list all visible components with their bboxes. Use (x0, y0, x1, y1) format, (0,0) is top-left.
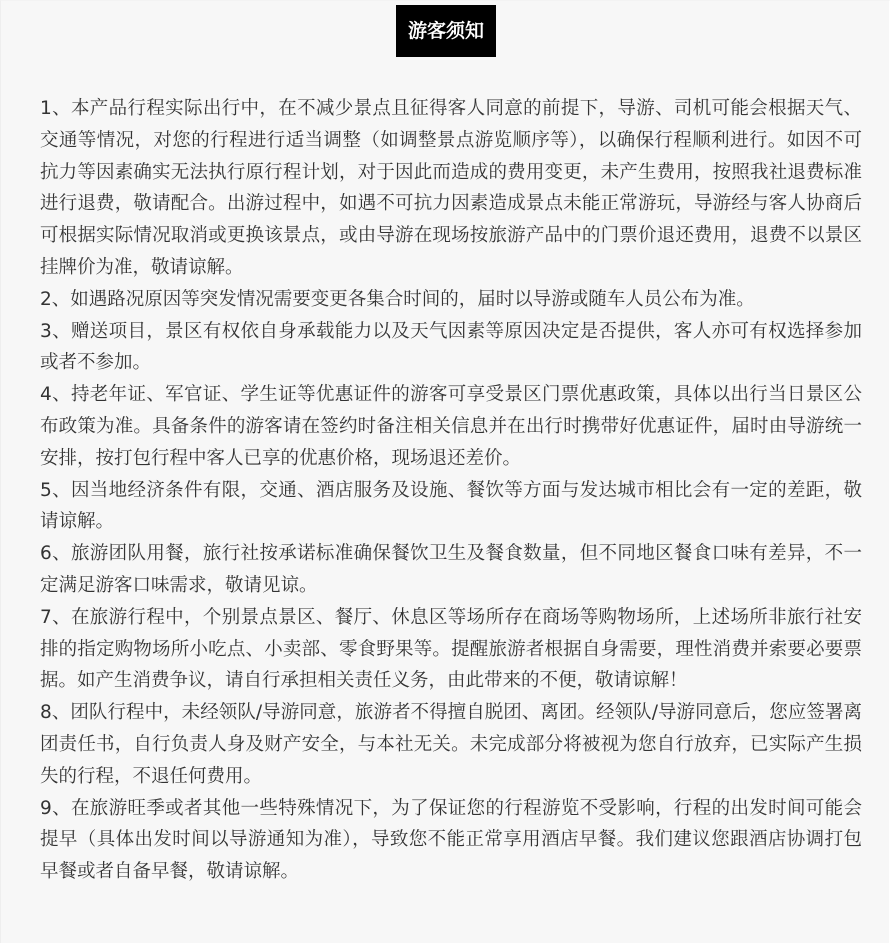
notice-item-5: 5、因当地经济条件有限，交通、酒店服务及设施、餐饮等方面与发达城市相比会有一定的… (40, 475, 862, 539)
page-title: 游客须知 (396, 5, 496, 57)
notice-item-4: 4、持老年证、军官证、学生证等优惠证件的游客可享受景区门票优惠政策，具体以出行当… (40, 379, 862, 474)
notice-panel: 游客须知 1、本产品行程实际出行中，在不减少景点且征得客人同意的前提下，导游、司… (0, 0, 890, 943)
notice-item-6: 6、旅游团队用餐，旅行社按承诺标准确保餐饮卫生及餐食数量，但不同地区餐食口味有差… (40, 538, 862, 602)
notice-item-9: 9、在旅游旺季或者其他一些特殊情况下，为了保证您的行程游览不受影响，行程的出发时… (40, 793, 862, 888)
notice-list: 1、本产品行程实际出行中，在不减少景点且征得客人同意的前提下，导游、司机可能会根… (40, 93, 862, 888)
notice-item-2: 2、如遇路况原因等突发情况需要变更各集合时间的，届时以导游或随车人员公布为准。 (40, 284, 862, 316)
notice-item-1: 1、本产品行程实际出行中，在不减少景点且征得客人同意的前提下，导游、司机可能会根… (40, 93, 862, 284)
title-wrapper: 游客须知 (1, 5, 890, 57)
notice-item-3: 3、赠送项目，景区有权依自身承载能力以及天气因素等原因决定是否提供，客人亦可有权… (40, 316, 862, 380)
notice-item-7: 7、在旅游行程中，个别景点景区、餐厅、休息区等场所存在商场等购物场所，上述场所非… (40, 602, 862, 697)
notice-item-8: 8、团队行程中，未经领队/导游同意，旅游者不得擅自脱团、离团。经领队/导游同意后… (40, 697, 862, 792)
